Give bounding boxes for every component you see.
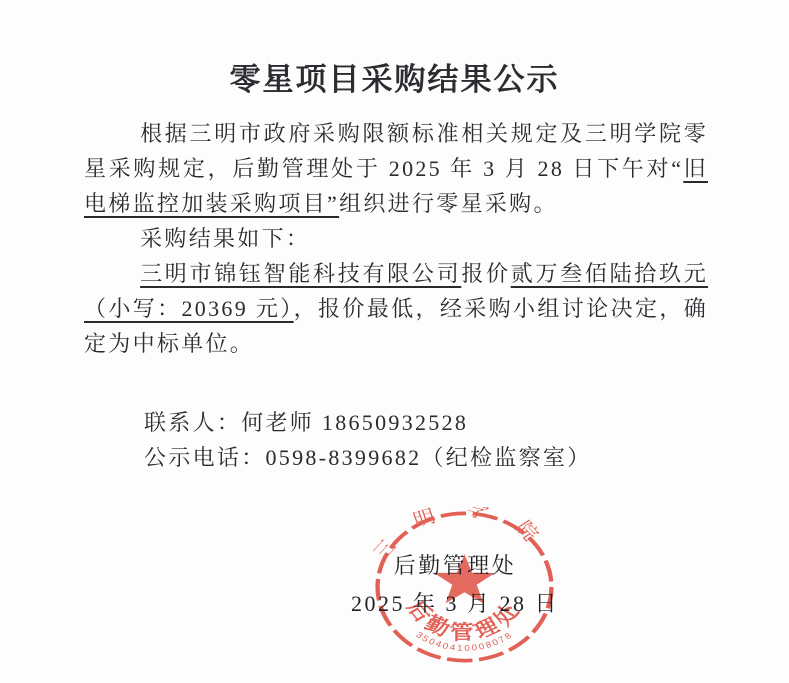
page-title: 零星项目采购结果公示 — [0, 54, 789, 99]
intro-text-tail: 组织进行零星采购。 — [339, 191, 558, 216]
signature-department: 后勤管理处 — [335, 547, 575, 585]
signature-block: 后勤管理处 2025 年 3 月 28 日 — [335, 547, 575, 622]
signature-date: 2025 年 3 月 28 日 — [335, 585, 575, 623]
contact-block: 联系人：何老师 18650932528 公示电话：0598-8399682（纪检… — [84, 405, 708, 475]
contact-phone: 公示电话：0598-8399682（纪检监察室） — [144, 440, 708, 475]
winning-company-underlined: 三明市锦钰智能科技有限公司 — [140, 261, 461, 286]
document-page: 零星项目采购结果公示 根据三明市政府采购限额标准相关规定及三明学院零星采购规定，… — [0, 0, 789, 683]
intro-text: 根据三明市政府采购限额标准相关规定及三明学院零星采购规定，后勤管理处于 2025… — [84, 121, 708, 181]
result-text: 报价 — [461, 261, 510, 286]
contact-person: 联系人：何老师 18650932528 — [144, 405, 708, 440]
document-body: 根据三明市政府采购限额标准相关规定及三明学院零星采购规定，后勤管理处于 2025… — [84, 116, 708, 475]
paragraph-result-label: 采购结果如下： — [84, 221, 708, 256]
paragraph-result: 三明市锦钰智能科技有限公司报价贰万叁佰陆拾玖元（小写：20369 元），报价最低… — [84, 256, 708, 361]
paragraph-intro: 根据三明市政府采购限额标准相关规定及三明学院零星采购规定，后勤管理处于 2025… — [84, 116, 708, 221]
